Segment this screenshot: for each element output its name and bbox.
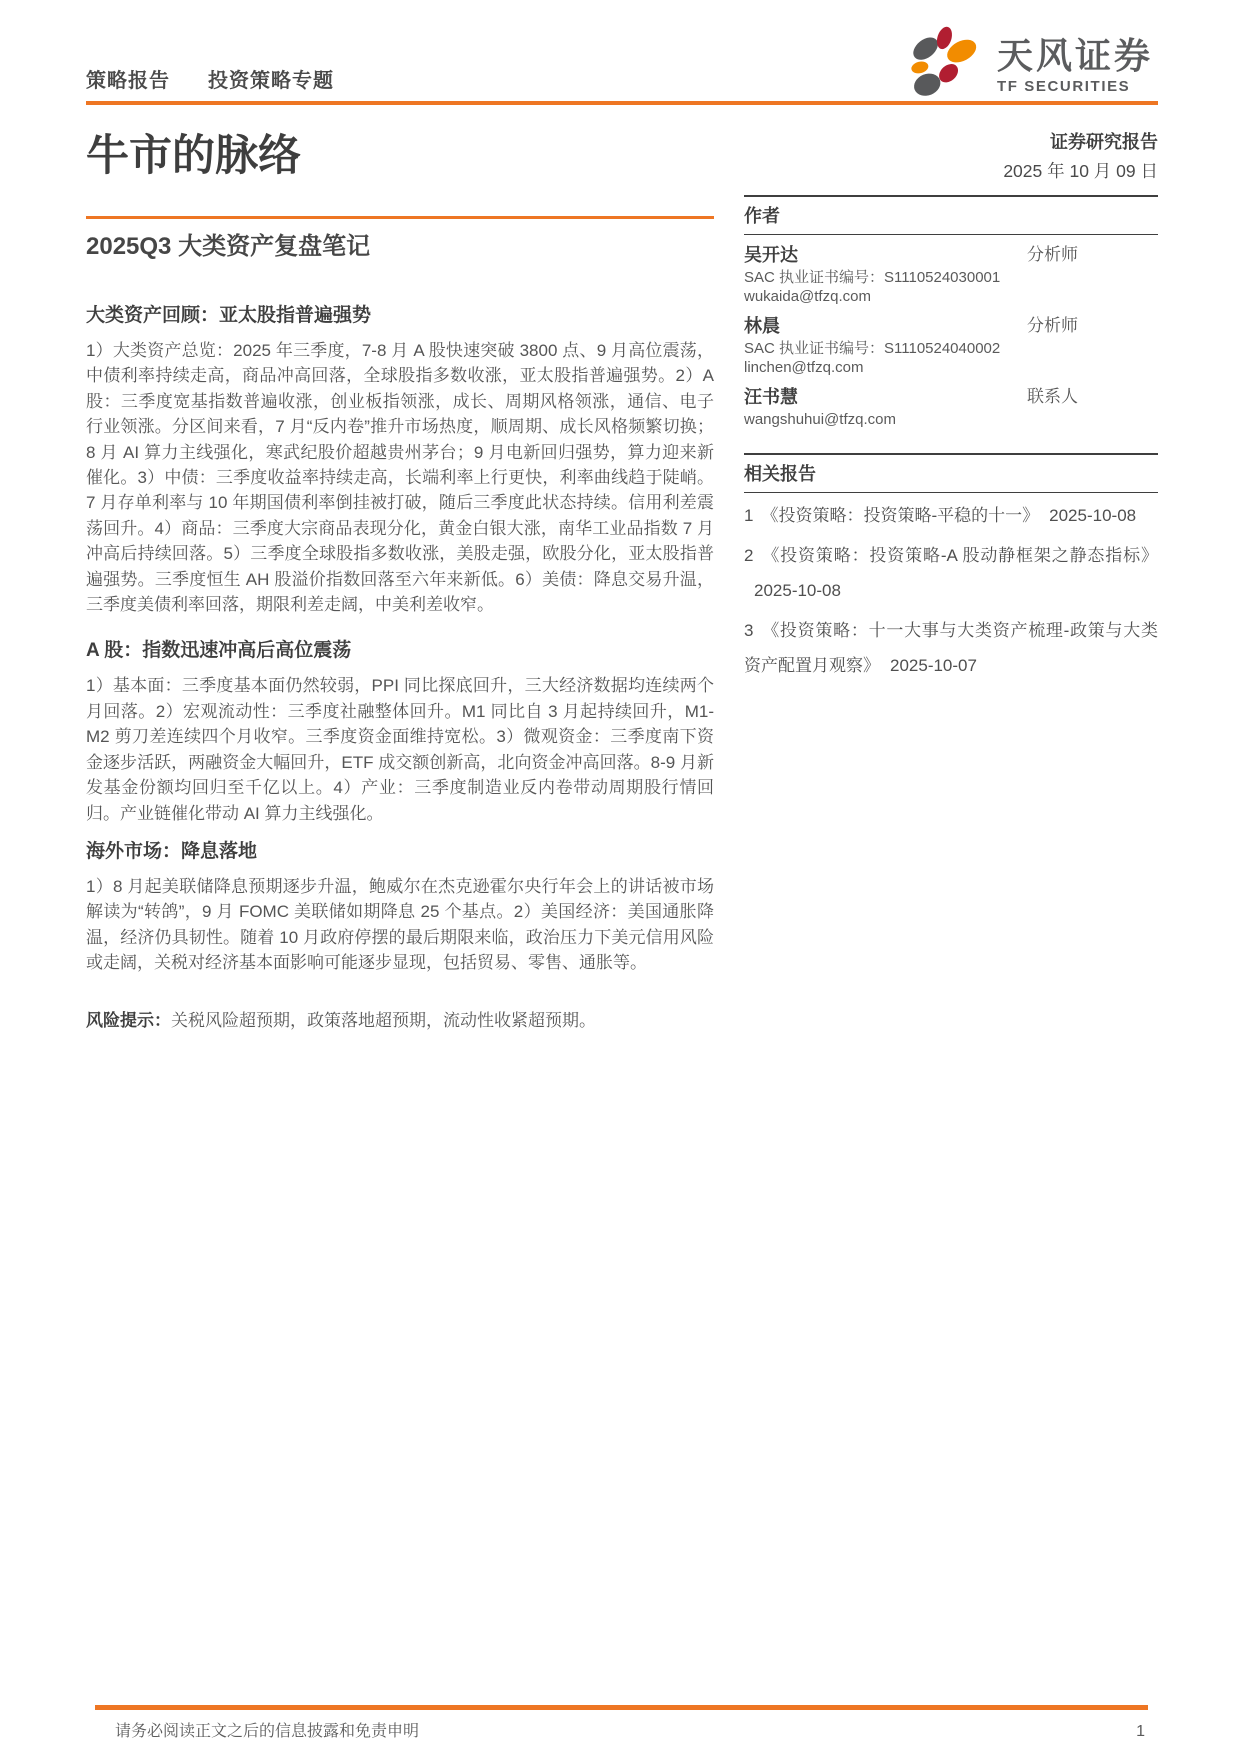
related-report-index: 1 (744, 506, 753, 525)
author-cert-number: SAC 执业证书编号：S1110524030001 (744, 268, 1158, 287)
report-date: 2025 年 10 月 09 日 (744, 160, 1158, 182)
author-email: wukaida@tfzq.com (744, 287, 1158, 306)
brand-name-cn: 天风证券 (997, 36, 1153, 76)
report-category: 策略报告 (86, 70, 170, 92)
related-report-date: 2025-10-08 (1049, 506, 1136, 525)
section-heading-asset-review: 大类资产回顾：亚太股指普遍强势 (86, 304, 714, 328)
report-type-label: 证券研究报告 (744, 130, 1158, 154)
authors-divider-bottom (744, 234, 1158, 235)
related-report-index: 3 (744, 621, 753, 640)
related-report-date: 2025-10-08 (754, 581, 841, 600)
risk-warning-label: 风险提示： (86, 1011, 171, 1030)
author-name: 汪书慧 (744, 387, 798, 407)
related-report-item: 3《投资策略：十一大事与大类资产梳理-政策与大类资产配置月观察》2025-10-… (744, 613, 1158, 683)
author-entry: 林晨 分析师 SAC 执业证书编号：S1110524040002 linchen… (744, 315, 1158, 377)
tf-securities-logo: 天风证券 TF SECURITIES (901, 24, 1153, 106)
brand-name-en: TF SECURITIES (997, 78, 1153, 95)
report-series: 策略报告投资策略专题 (86, 64, 334, 93)
author-entry: 吴开达 分析师 SAC 执业证书编号：S1110524030001 wukaid… (744, 244, 1158, 306)
title-divider (86, 216, 714, 219)
author-role: 联系人 (1027, 386, 1078, 408)
section-heading-overseas: 海外市场：降息落地 (86, 840, 714, 864)
risk-warning: 风险提示：关税风险超预期，政策落地超预期，流动性收紧超预期。 (86, 1008, 714, 1033)
section-body-a-shares: 1）基本面：三季度基本面仍然较弱，PPI 同比探底回升，三大经济数据均连续两个月… (86, 673, 714, 825)
flower-logo-icon (901, 24, 983, 106)
author-name-row: 吴开达 分析师 (744, 244, 1158, 268)
author-role: 分析师 (1027, 315, 1078, 337)
brand-text: 天风证券 TF SECURITIES (997, 36, 1153, 95)
page-subtitle: 2025Q3 大类资产复盘笔记 (86, 232, 714, 262)
section-body-overseas: 1）8 月起美联储降息预期逐步升温，鲍威尔在杰克逊霍尔央行年会上的讲话被市场解读… (86, 874, 714, 976)
related-list: 1《投资策略：投资策略-平稳的十一》2025-10-08 2《投资策略：投资策略… (744, 498, 1158, 683)
footer-disclaimer: 请务必阅读正文之后的信息披露和免责申明 (115, 1721, 419, 1743)
related-reports: 相关报告 1《投资策略：投资策略-平稳的十一》2025-10-08 2《投资策略… (744, 453, 1158, 683)
related-report-item: 1《投资策略：投资策略-平稳的十一》2025-10-08 (744, 498, 1158, 533)
author-email: linchen@tfzq.com (744, 358, 1158, 377)
related-report-title: 《投资策略：投资策略-A 股动静框架之静态指标》 (761, 546, 1158, 565)
related-report-item: 2《投资策略：投资策略-A 股动静框架之静态指标》2025-10-08 (744, 538, 1158, 608)
report-topic: 投资策略专题 (208, 70, 334, 92)
report-page: 策略报告投资策略专题 天风证券 TF SECURITIES 牛市的脉络 2025… (0, 0, 1241, 1755)
related-report-date: 2025-10-07 (890, 656, 977, 675)
main-content: 牛市的脉络 2025Q3 大类资产复盘笔记 大类资产回顾：亚太股指普遍强势 1）… (86, 104, 714, 1033)
related-report-index: 2 (744, 546, 753, 565)
section-body-asset-review: 1）大类资产总览：2025 年三季度，7-8 月 A 股快速突破 3800 点、… (86, 338, 714, 617)
author-name-row: 林晨 分析师 (744, 315, 1158, 339)
author-cert-number: SAC 执业证书编号：S1110524040002 (744, 339, 1158, 358)
author-name-row: 汪书慧 联系人 (744, 386, 1158, 410)
author-email: wangshuhui@tfzq.com (744, 410, 1158, 429)
related-heading: 相关报告 (744, 455, 1158, 492)
risk-warning-text: 关税风险超预期，政策落地超预期，流动性收紧超预期。 (171, 1011, 596, 1030)
author-name: 林晨 (744, 316, 780, 336)
related-report-title: 《投资策略：投资策略-平稳的十一》 (761, 506, 1039, 525)
sidebar: 证券研究报告 2025 年 10 月 09 日 作者 吴开达 分析师 SAC 执… (744, 104, 1158, 683)
author-name: 吴开达 (744, 245, 798, 265)
authors-heading: 作者 (744, 197, 1158, 234)
author-entry: 汪书慧 联系人 wangshuhui@tfzq.com (744, 386, 1158, 429)
related-divider-bottom (744, 492, 1158, 493)
page-title: 牛市的脉络 (86, 130, 714, 182)
section-heading-a-shares: A 股：指数迅速冲高后高位震荡 (86, 639, 714, 663)
page-number: 1 (1136, 1721, 1145, 1743)
author-role: 分析师 (1027, 244, 1078, 266)
footer-divider (95, 1705, 1148, 1710)
